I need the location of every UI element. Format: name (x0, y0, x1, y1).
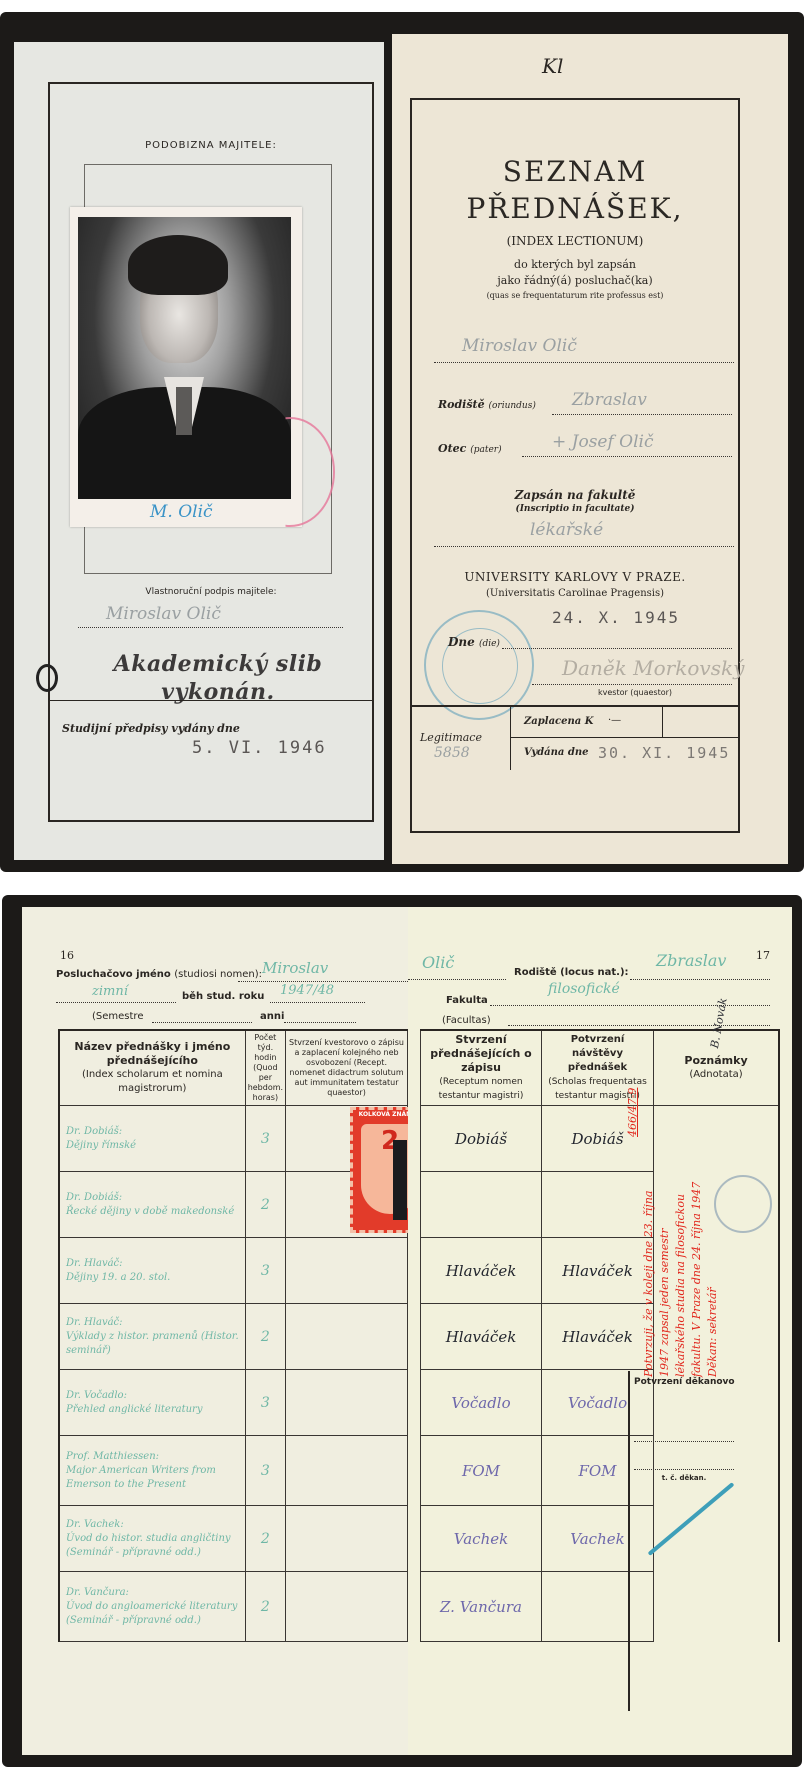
semester-latin-line (152, 1022, 252, 1023)
lecture-title: Řecké dějiny v době makedonské (66, 1205, 239, 1219)
bottom-spread: 16 Posluchačovo jméno (studiosi nomen): … (2, 895, 802, 1767)
lecture-title: Dějiny 19. a 20. stol. (66, 1271, 239, 1285)
enrollment-signature: FOM (421, 1436, 542, 1506)
anni-label: anni (260, 1011, 284, 1022)
lecturer-name: Dr. Dobiáš: (66, 1125, 239, 1139)
lecture-title: Výklady z histor. pramenů (Histor. semin… (66, 1330, 239, 1358)
semester-value: zimní (92, 984, 128, 999)
latin-title: (INDEX LECTIONUM) (412, 234, 738, 248)
paid-value: ·— (608, 715, 621, 726)
dean-line-1 (634, 1441, 734, 1442)
quaestor-cell (286, 1506, 408, 1572)
university-name: UNIVERSITY KARLOVY V PRAZE. (412, 570, 738, 584)
quaestor-cell (286, 1370, 408, 1436)
run-label: běh stud. roku (182, 991, 264, 1002)
student-name: Miroslav Olič (462, 336, 577, 356)
quaestor-label: kvestor (quaestor) (472, 688, 798, 697)
lecture-row: Dr. Hlaváč:Výklady z histor. pramenů (Hi… (59, 1304, 408, 1370)
semester-latin-label: (Semestre (92, 1011, 143, 1022)
legitimation-box: Legitimace 5858 Zaplacena K ·— Vydána dn… (412, 705, 738, 768)
lecturer-name: Prof. Matthiessen: (66, 1450, 239, 1464)
faculty-line (434, 546, 734, 547)
lecture-title: Úvod do angloamerické literatury (Seminá… (66, 1600, 239, 1628)
quaestor-cell (286, 1304, 408, 1370)
semester-line (56, 1002, 176, 1003)
quaestor-line (532, 684, 732, 685)
subtitle-1: do kterých byl zapsán (412, 258, 738, 271)
owner-signature: Miroslav Olič (106, 604, 221, 624)
name-line (238, 981, 408, 982)
col-quaestor: Stvrzení kvestorovo o zápisu a zaplacení… (286, 1030, 408, 1106)
paid-label: Zaplacena K (524, 716, 593, 727)
date-line (502, 648, 732, 649)
enrollment-signature: Z. Vančura (421, 1572, 542, 1642)
lecture-title: Major American Writers from Emerson to t… (66, 1464, 239, 1492)
col-enrollment: Stvrzení přednášejících o zápisu(Receptu… (421, 1030, 542, 1106)
university-latin: (Universitatis Carolinae Pragensis) (412, 588, 738, 599)
lecture-cell: Dr. Vachek:Úvod do histor. studia anglič… (59, 1506, 245, 1572)
faculty-label: Zapsán na fakultě (412, 488, 738, 502)
signature-label: Vlastnoruční podpis majitele: (48, 587, 374, 597)
faculty-latin: (Inscriptio in facultate) (412, 504, 738, 514)
quaestor-cell (286, 1436, 408, 1506)
red-ink-note: 466/47-9Potvrzuji, že v koleji dne 23. ř… (626, 1077, 736, 1407)
lecturer-name: Dr. Hlaváč: (66, 1257, 239, 1271)
legitimation-number: 5858 (434, 745, 470, 761)
red-note-line: lékařského studia na filosofickou (674, 1194, 687, 1377)
portrait-page: PODOBIZNA MAJITELE: M. Olič Vlastnoruční… (14, 42, 384, 860)
birthplace-value: Zbraslav (572, 390, 647, 410)
quaestor-cell (286, 1238, 408, 1304)
birthplace-value: Zbraslav (656, 951, 726, 970)
hours-cell: 3 (245, 1436, 285, 1506)
title-line-1: SEZNAM (412, 155, 738, 188)
enrollment-signature: Vočadlo (421, 1370, 542, 1436)
academic-oath-stamp: Akademický slib vykonán. (78, 650, 358, 706)
red-note-ref: 466/47-9 (626, 1088, 639, 1137)
col-hours: Počet týd. hodin (Quod per hebdom. horas… (245, 1030, 285, 1106)
lecture-cell: Prof. Matthiessen:Major American Writers… (59, 1436, 245, 1506)
red-note-line: fakultu. V Praze dne 24. října 1947 (690, 1182, 703, 1377)
father-line (522, 456, 732, 457)
red-note-line: 1947 zapsal jeden semestr (658, 1228, 671, 1377)
oath-line-2: vykonán. (78, 678, 358, 706)
lecture-row: Prof. Matthiessen:Major American Writers… (59, 1436, 408, 1506)
issued-label: Vydána dne (524, 747, 589, 758)
lecturer-name: Dr. Vachek: (66, 1518, 239, 1532)
lecture-cell: Dr. Hlaváč:Výklady z histor. pramenů (Hi… (59, 1304, 245, 1370)
hours-cell: 3 (245, 1238, 285, 1304)
enrollment-signature: Vachek (421, 1506, 542, 1572)
page-number: 16 (60, 949, 74, 962)
lecture-cell: Dr. Vančura:Úvod do angloamerické litera… (59, 1572, 245, 1642)
lecture-row: Dr. Vachek:Úvod do histor. studia anglič… (59, 1506, 408, 1572)
lecturer-name: Dr. Vančura: (66, 1586, 239, 1600)
dean-line-2 (634, 1469, 734, 1470)
faculty-latin: (Facultas) (442, 1015, 491, 1026)
faculty-value: lékařské (530, 520, 603, 540)
quaestor-signature: Daněk Morkovský (562, 656, 744, 680)
date-label: Dne (die) (448, 635, 500, 649)
lecture-cell: Dr. Hlaváč:Dějiny 19. a 20. stol. (59, 1238, 245, 1304)
corner-mark: Kl (542, 54, 563, 78)
enrollment-signature (421, 1172, 542, 1238)
dean-box-sub: t. č. děkan. (630, 1474, 738, 1482)
red-note-line: Potvrzuji, že v koleji dne 23. října (642, 1191, 655, 1377)
surname-line (408, 979, 506, 980)
lecture-cell: Dr. Vočadlo:Přehled anglické literatury (59, 1370, 245, 1436)
faculty-latin-line (508, 1025, 770, 1026)
dean-confirmation-box: Potvrzení děkanovo t. č. děkan. (628, 1371, 738, 1711)
academic-year: 1947/48 (280, 983, 334, 998)
hours-cell: 3 (245, 1106, 285, 1172)
hours-cell: 2 (245, 1304, 285, 1370)
signature-line (78, 627, 343, 628)
lecture-title: Přehled anglické literatury (66, 1403, 239, 1417)
lecture-cell: Dr. Dobiáš:Řecké dějiny v době makedonsk… (59, 1172, 245, 1238)
lecturer-name: Dr. Vočadlo: (66, 1389, 239, 1403)
faculty-label: Fakulta (446, 995, 488, 1006)
name-label: Posluchačovo jméno (studiosi nomen): (56, 969, 262, 980)
hours-cell: 2 (245, 1172, 285, 1238)
index-title-page: Kl SEZNAM PŘEDNÁŠEK, (INDEX LECTIONUM) d… (392, 34, 788, 864)
lecture-row: Dr. Vančura:Úvod do angloamerické litera… (59, 1572, 408, 1642)
lecturer-name: Dr. Dobiáš: (66, 1191, 239, 1205)
faculty-value: filosofické (548, 981, 620, 997)
portrait-lower: Vlastnoruční podpis majitele: Miroslav O… (48, 82, 374, 822)
col-lecture: Název přednášky i jméno přednášejícího(I… (59, 1030, 245, 1106)
subtitle-2: jako řádný(á) posluchač(ka) (412, 274, 738, 287)
issued-date: 30. XI. 1945 (598, 744, 730, 762)
page-17: 17 Olič Rodiště (locus nat.): Zbraslav F… (408, 907, 792, 1755)
top-spread: PODOBIZNA MAJITELE: M. Olič Vlastnoruční… (0, 12, 804, 872)
divider (48, 700, 374, 701)
page-16: 16 Posluchačovo jméno (studiosi nomen): … (22, 907, 408, 1755)
study-regs-date: 5. VI. 1946 (192, 738, 327, 758)
father-value: + Josef Olič (552, 432, 654, 452)
lecturer-name: Dr. Hlaváč: (66, 1316, 239, 1330)
birthplace-line (552, 414, 732, 415)
quaestor-cell (286, 1572, 408, 1642)
lecture-row: Dr. Hlaváč:Dějiny 19. a 20. stol.3 (59, 1238, 408, 1304)
enrollment-signature: Hlaváček (421, 1304, 542, 1370)
lecture-cell: Dr. Dobiáš:Dějiny římské (59, 1106, 245, 1172)
faculty-round-stamp-icon (714, 1175, 772, 1233)
hours-cell: 2 (245, 1572, 285, 1642)
title-line-2: PŘEDNÁŠEK, (412, 192, 738, 225)
study-regs-label: Studijní předpisy vydány dne (62, 722, 240, 735)
red-note-line: Děkan: sekretář (706, 1287, 719, 1377)
student-first-name: Miroslav (262, 959, 328, 977)
name-line (434, 362, 734, 363)
student-surname: Olič (422, 953, 454, 972)
enrollment-date: 24. X. 1945 (552, 608, 680, 627)
legitimation-label: Legitimace (420, 731, 482, 744)
enrollment-signature: Hlaváček (421, 1238, 542, 1304)
hours-cell: 2 (245, 1506, 285, 1572)
oath-line-1: Akademický slib (78, 650, 358, 678)
enrollment-signature: Dobiáš (421, 1106, 542, 1172)
subtitle-latin: (quas se frequentaturum rite professus e… (412, 291, 738, 300)
lecture-title: Úvod do histor. studia angličtiny (Semin… (66, 1532, 239, 1560)
anni-line (284, 1022, 356, 1023)
birthplace-label: Rodiště (oriundus) (438, 398, 536, 411)
index-sheet: SEZNAM PŘEDNÁŠEK, (INDEX LECTIONUM) do k… (410, 98, 740, 833)
page-number: 17 (756, 949, 770, 962)
ring-mark-icon (36, 664, 58, 692)
birthplace-label: Rodiště (locus nat.): (514, 967, 629, 978)
lecture-title: Dějiny římské (66, 1139, 239, 1153)
lecture-row: Dr. Vočadlo:Přehled anglické literatury3 (59, 1370, 408, 1436)
birthplace-line (630, 979, 770, 980)
hours-cell: 3 (245, 1370, 285, 1436)
father-label: Otec (pater) (438, 442, 502, 455)
dean-box-title: Potvrzení děkanovo (634, 1377, 735, 1387)
university-seal-icon (424, 610, 534, 720)
year-line (270, 1002, 365, 1003)
